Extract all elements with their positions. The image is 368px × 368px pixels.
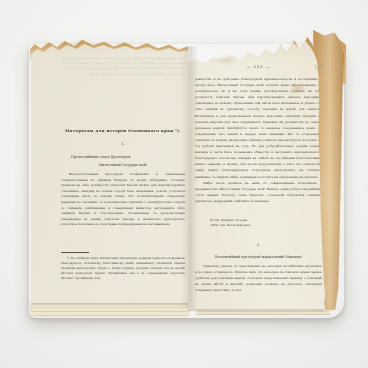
left-page-section-number: 1. xyxy=(61,142,185,146)
right-page-body-text: ревностію и въ чувствахъ благородной при… xyxy=(195,76,322,218)
left-page-salutation-line2: Милостивый Государь мой! xyxy=(61,163,185,167)
photo-background: столь необходимѣйшихъ въ обращеніи по об… xyxy=(0,0,368,368)
foxing-stain xyxy=(214,56,238,64)
left-page: столь необходимѣйшихъ въ обращеніи по об… xyxy=(31,40,188,304)
right-page-salutation: Почтеннѣйшій протоіерей марціальный Миха… xyxy=(195,255,322,259)
foxing-stain xyxy=(290,84,306,94)
right-page-bottom-shadow xyxy=(188,309,324,312)
left-page-bottom-shadow xyxy=(31,303,188,306)
right-page-closing: Имѣю честь пребыть къ вамъ съ совершенны… xyxy=(195,180,322,204)
right-page-body2: Присылку денегъ по приглашенію въ разсче… xyxy=(195,263,322,301)
right-page-section-number: 2. xyxy=(195,243,322,247)
book-gutter-shadow xyxy=(180,46,198,308)
left-page-heading: Матеріалы для исторіи Олонецкаго края ¹)… xyxy=(61,128,185,133)
left-page-salutation-line1: Пречестнѣйшій отецъ Протоіерей xyxy=(61,155,185,159)
date-line-2: 1804 года. Петрозаводскъ. xyxy=(210,223,320,228)
right-page-number: — 253 — xyxy=(195,65,322,69)
left-page-showthrough-text: столь необходимѣйшихъ въ обращеніи по об… xyxy=(61,56,185,114)
right-page-date-block: № 109. Декабрь, 31 день. 1804 года. Петр… xyxy=(210,218,320,229)
right-page: — 253 — ревностію и въ чувствахъ благоро… xyxy=(188,34,338,310)
left-page-footnote: ¹) За сообщеніе этихъ любопытныхъ матері… xyxy=(61,256,185,298)
footnote-rule xyxy=(61,252,89,253)
left-page-body-text: Высокопочтенный протоіерей Стефанскій, и… xyxy=(61,172,185,250)
